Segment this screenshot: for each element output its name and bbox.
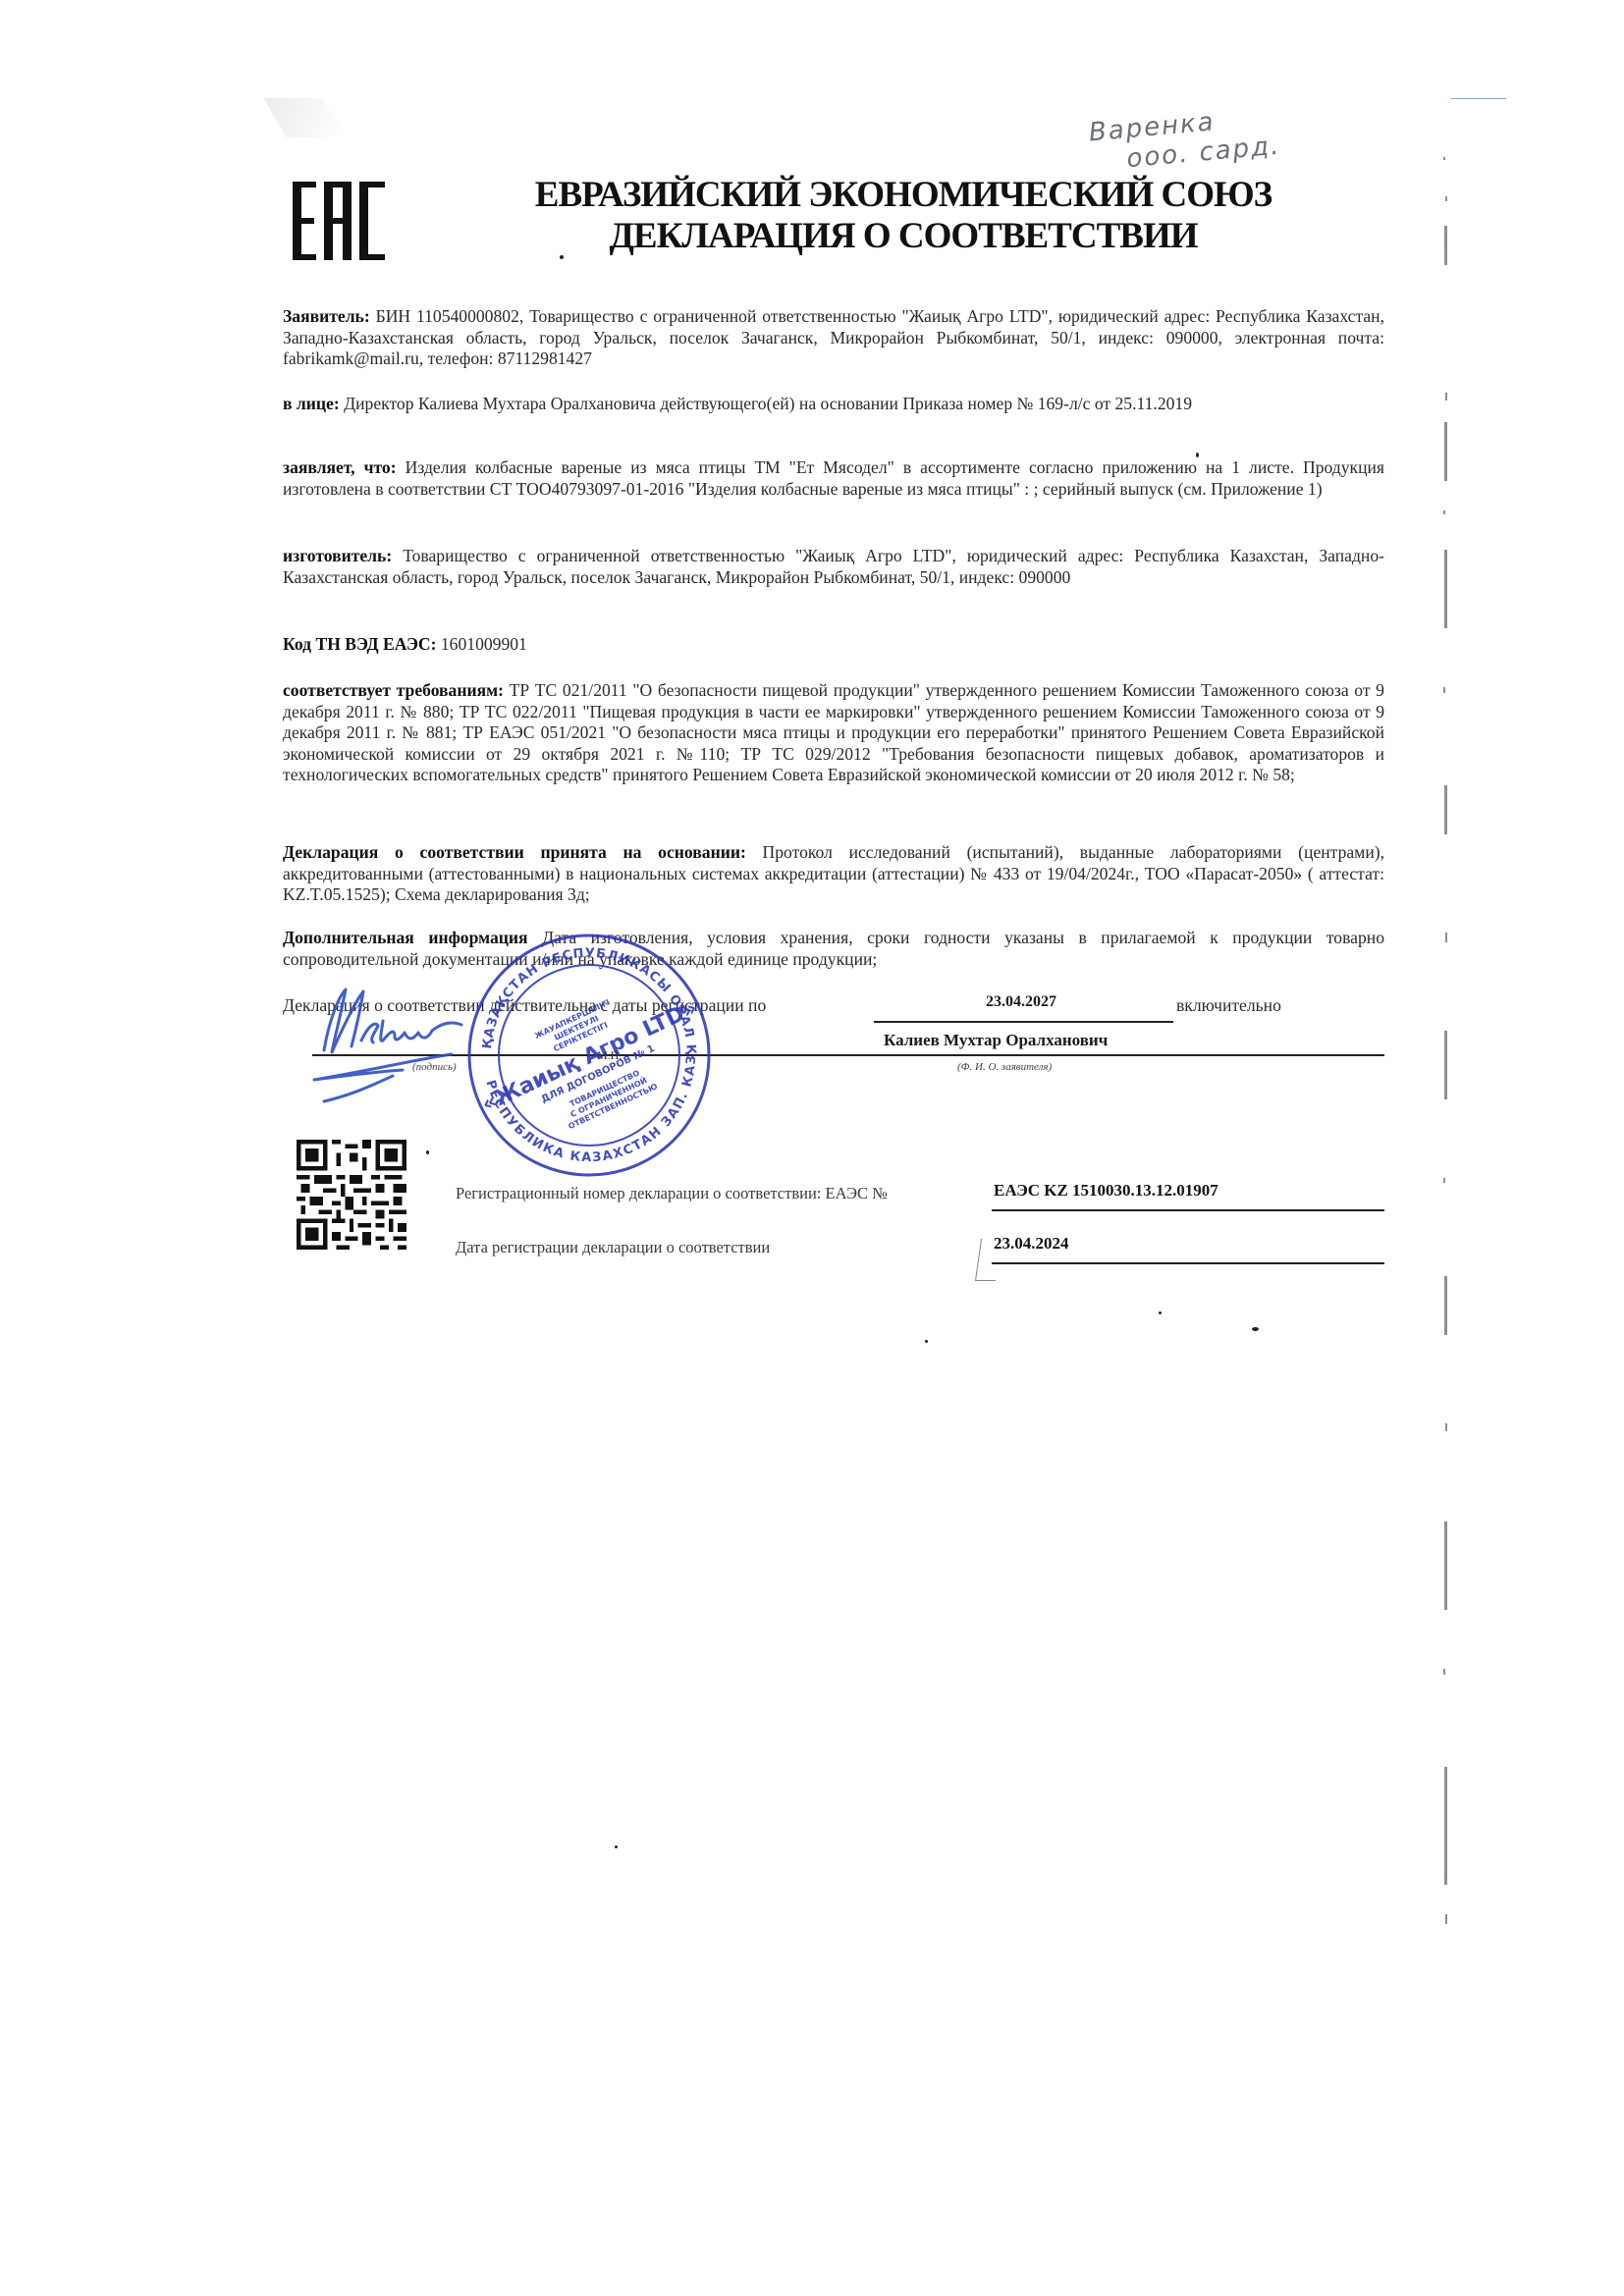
handwritten-signature-icon <box>285 982 481 1109</box>
manufacturer-label: изготовитель: <box>283 546 392 565</box>
scan-speck <box>615 1845 618 1848</box>
validity-underline <box>874 1021 1173 1023</box>
qr-code-icon[interactable] <box>297 1137 406 1253</box>
registration-number-underline <box>992 1209 1384 1211</box>
signatory-name: Калиев Мухтар Оралханович <box>884 1031 1108 1050</box>
basis-section: Декларация о соответствии принята на осн… <box>283 842 1384 906</box>
registration-number-label: Регистрационный номер декларации о соотв… <box>456 1184 888 1203</box>
title-line-union: ЕВРАЗИЙСКИЙ ЭКОНОМИЧЕСКИЙ СОЮЗ <box>412 175 1394 216</box>
validity-date: 23.04.2027 <box>874 993 1168 1011</box>
declares-text: Изделия колбасные вареные из мяса птицы … <box>283 457 1384 499</box>
representative-label: в лице: <box>283 394 340 413</box>
scan-speck <box>925 1340 928 1343</box>
scan-speck <box>1196 453 1199 457</box>
registration-number-value: ЕАЭС KZ 1510030.13.12.01907 <box>994 1181 1218 1201</box>
handwritten-note: Варенка ооо. сард. <box>1088 102 1282 178</box>
scan-edge-noise <box>1435 98 1451 1953</box>
hs-code-value: 1601009901 <box>436 634 526 654</box>
declares-section: заявляет, что: Изделия колбасные вареные… <box>283 457 1384 500</box>
additional-info-section: Дополнительная информация Дата изготовле… <box>283 928 1384 970</box>
scan-speck <box>426 1150 429 1154</box>
applicant-section: Заявитель: БИН 110540000802, Товариществ… <box>283 306 1384 370</box>
company-stamp-icon: ҚАЗАҚСТАН РЕСПУБЛИКАСЫ ОРАЛ ҚАЛАСЫ СН 11… <box>461 928 717 1183</box>
eac-logo-icon <box>293 182 385 260</box>
scan-speck <box>560 255 564 259</box>
manufacturer-section: изготовитель: Товарищество с ограниченно… <box>283 546 1384 588</box>
representative-text: Директор Калиева Мухтара Оралхановича де… <box>340 394 1192 413</box>
registration-date-underline <box>992 1262 1384 1264</box>
declares-label: заявляет, что: <box>283 457 397 477</box>
pen-mark <box>975 1239 1001 1281</box>
scan-corner-shadow <box>263 98 345 137</box>
conforms-section: соответствует требованиям: ТР ТС 021/201… <box>283 680 1384 786</box>
validity-suffix: включительно <box>1176 995 1281 1016</box>
signatory-name-caption: (Ф. И. О. заявителя) <box>957 1061 1052 1073</box>
hs-code-label: Код ТН ВЭД ЕАЭС: <box>283 634 436 654</box>
hs-code-section: Код ТН ВЭД ЕАЭС: 1601009901 <box>283 634 1384 656</box>
scan-speck <box>1252 1327 1259 1331</box>
scan-speck <box>1159 1311 1162 1314</box>
manufacturer-text: Товарищество с ограниченной ответственно… <box>283 546 1384 587</box>
title-line-declaration: ДЕКЛАРАЦИЯ О СООТВЕТСТВИИ <box>412 216 1394 257</box>
stamp-place-mark: М.П. <box>597 1048 622 1062</box>
registration-date-value: 23.04.2024 <box>994 1234 1069 1254</box>
representative-section: в лице: Директор Калиева Мухтара Оралхан… <box>283 394 1384 415</box>
declaration-page: Варенка ооо. сард. ЕВРАЗИЙСКИЙ ЭКОНОМИЧЕ… <box>0 0 1624 2296</box>
registration-date-label: Дата регистрации декларации о соответств… <box>456 1238 770 1257</box>
document-title: ЕВРАЗИЙСКИЙ ЭКОНОМИЧЕСКИЙ СОЮЗ ДЕКЛАРАЦИ… <box>412 175 1394 257</box>
basis-label: Декларация о соответствии принята на осн… <box>283 842 746 862</box>
scan-edge-line <box>1451 98 1506 99</box>
applicant-text: БИН 110540000802, Товарищество с огранич… <box>283 306 1384 368</box>
applicant-label: Заявитель: <box>283 306 370 326</box>
conforms-label: соответствует требованиям: <box>283 680 504 700</box>
